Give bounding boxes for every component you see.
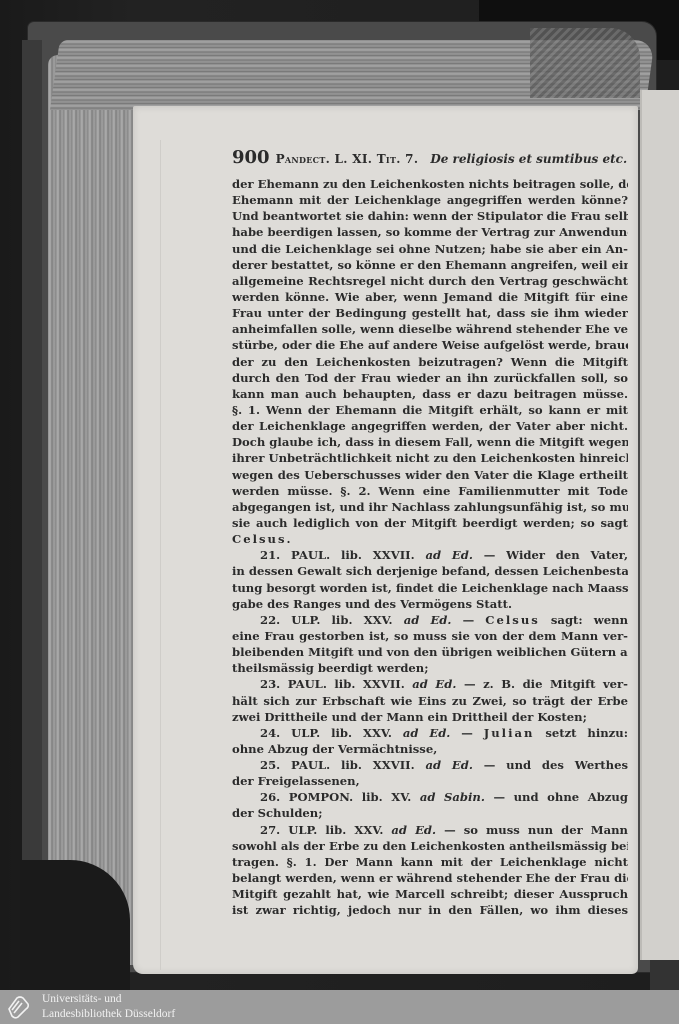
fragment-heading-line: 22. ULP. lib. XXV. ad Ed. — Celsus sagt:… — [232, 612, 628, 628]
text-line: habe beerdigen lassen, so komme der Vert… — [232, 224, 628, 240]
fragment-author: ULP. — [291, 726, 320, 740]
text-line: sowohl als der Erbe zu den Leichenkosten… — [232, 838, 628, 854]
text-line: zwei Drittheile und der Mann ein Dritthe… — [232, 709, 628, 725]
text-line: werden könne. Wie aber, wenn Jemand die … — [232, 289, 628, 305]
text-line: der Schulden; — [232, 805, 628, 821]
fragment-dash: — — [461, 726, 473, 740]
fragment-work: ad Ed. — [391, 823, 436, 837]
fragment-text-start: sagt: wenn — [551, 613, 628, 627]
fragment-author: PAUL. — [291, 548, 330, 562]
fragment-heading-line: 21. PAUL. lib. XXVII. ad Ed. — Wider den… — [232, 547, 628, 563]
text-line: abgegangen ist, und ihr Nachlass zahlung… — [232, 499, 628, 515]
celsus-line: Celsus. — [232, 531, 628, 547]
shadow-bottom-left — [20, 860, 130, 990]
fragment-dash: — — [444, 823, 456, 837]
fragment-book: lib. XV. — [362, 790, 412, 804]
fragment-heading-line: 23. PAUL. lib. XXVII. ad Ed. — z. B. die… — [232, 676, 628, 692]
fragment-book: lib. XXV. — [325, 823, 383, 837]
fragment-number: 22. — [260, 613, 280, 627]
text-line: kann man auch behaupten, dass er dazu be… — [232, 386, 628, 402]
text-line: §. 1. Wenn der Ehemann die Mitgift erhäl… — [232, 402, 628, 418]
text-line: stürbe, oder die Ehe auf andere Weise au… — [232, 337, 628, 353]
text-line: derer bestattet, so könne er den Ehemann… — [232, 257, 628, 273]
fragment-heading-line: 25. PAUL. lib. XXVII. ad Ed. — und des W… — [232, 757, 628, 773]
facing-page-edge — [640, 90, 679, 960]
fragment-text-start: z. B. die Mitgift ver- — [483, 677, 628, 691]
text-line: ohne Abzug der Vermächtnisse, — [232, 741, 628, 757]
fragment: 26. POMPON. lib. XV. ad Sabin. — und ohn… — [232, 789, 628, 821]
text-line: und die Leichenklage sei ohne Nutzen; ha… — [232, 241, 628, 257]
fragment: 22. ULP. lib. XXV. ad Ed. — Celsus sagt:… — [232, 612, 628, 677]
fragment-author: ULP. — [291, 613, 320, 627]
text-line: ihrer Unbeträchtlichkeit nicht zu den Le… — [232, 450, 628, 466]
text-line: werden müsse. §. 2. Wenn eine Familienmu… — [232, 483, 628, 499]
running-head: 900 Pandect. L. XI. Tit. 7. De religiosi… — [232, 150, 628, 170]
text-line: der Freigelassenen, — [232, 773, 628, 789]
text-line: wegen des Ueberschusses wider den Vater … — [232, 467, 628, 483]
text-line: belangt werden, wenn er während stehende… — [232, 870, 628, 886]
fragment-work: ad Sabin. — [420, 790, 485, 804]
text-line: der Ehemann zu den Leichenkosten nichts … — [232, 176, 628, 192]
fragment-work: ad Ed. — [425, 758, 472, 772]
page-text: 900 Pandect. L. XI. Tit. 7. De religiosi… — [232, 150, 628, 918]
fragment-dash: — — [464, 677, 476, 691]
cited-jurist: Celsus — [485, 613, 540, 627]
fragment-text-start: und ohne Abzug — [514, 790, 628, 804]
text-line: eine Frau gestorben ist, so muss sie von… — [232, 628, 628, 644]
fragment-text-start: Wider den Vater, — [506, 548, 628, 562]
text-line: Ehemann mit der Leichenklage angegriffen… — [232, 192, 628, 208]
fragment: 25. PAUL. lib. XXVII. ad Ed. — und des W… — [232, 757, 628, 789]
page-stack-left-edges — [48, 55, 136, 965]
shadow-bottom-right — [650, 960, 679, 990]
library-footer: Universitäts- und Landesbibliothek Düsse… — [0, 990, 679, 1024]
fragment-number: 25. — [260, 758, 280, 772]
running-head-book-text: Pandect. L. XI. Tit. 7. — [276, 152, 419, 166]
library-name-line2: Landesbibliothek Düsseldorf — [42, 1007, 175, 1022]
text-line: der Leichenklage angegriffen werden, der… — [232, 418, 628, 434]
fragments-list: 21. PAUL. lib. XXVII. ad Ed. — Wider den… — [232, 547, 628, 918]
text-line: sie auch lediglich von der Mitgift beerd… — [232, 515, 628, 531]
fragment: 27. ULP. lib. XXV. ad Ed. — so muss nun … — [232, 822, 628, 919]
text-line: ist zwar richtig, jedoch nur in den Fäll… — [232, 902, 628, 918]
fragment-dash: — — [493, 790, 505, 804]
fragment: 21. PAUL. lib. XXVII. ad Ed. — Wider den… — [232, 547, 628, 612]
fragment-text-start: so muss nun der Mann — [464, 823, 628, 837]
fragment: 24. ULP. lib. XXV. ad Ed. — Julian setzt… — [232, 725, 628, 757]
text-line: theilsmässig beerdigt werden; — [232, 660, 628, 676]
fragment-heading-line: 24. ULP. lib. XXV. ad Ed. — Julian setzt… — [232, 725, 628, 741]
text-line: Frau unter der Bedingung gestellt hat, d… — [232, 305, 628, 321]
fragment-author: POMPON. — [289, 790, 353, 804]
text-line: bleibenden Mitgift und von den übrigen w… — [232, 644, 628, 660]
text-line: tung besorgt worden ist, findet die Leic… — [232, 580, 628, 596]
cited-jurist: Julian — [484, 726, 535, 740]
fragment-book: lib. XXVII. — [341, 758, 415, 772]
fragment-author: PAUL. — [291, 758, 330, 772]
continuation-paragraph: der Ehemann zu den Leichenkosten nichts … — [232, 176, 628, 531]
fragment: 23. PAUL. lib. XXVII. ad Ed. — z. B. die… — [232, 676, 628, 724]
headband — [530, 28, 640, 98]
fragment-dash: — — [463, 613, 475, 627]
library-name-line1: Universitäts- und — [42, 992, 175, 1007]
fragment-book: lib. XXV. — [331, 726, 392, 740]
text-line: Und beantwortet sie dahin: wenn der Stip… — [232, 208, 628, 224]
text-line: der zu den Leichenkosten beizutragen? We… — [232, 354, 628, 370]
fragment-number: 26. — [260, 790, 280, 804]
fragment-heading-line: 26. POMPON. lib. XV. ad Sabin. — und ohn… — [232, 789, 628, 805]
book-logo-icon — [0, 990, 36, 1024]
text-line: Mitgift gezahlt hat, wie Marcell schreib… — [232, 886, 628, 902]
fragment-number: 27. — [260, 823, 280, 837]
fragment-work: ad Ed. — [404, 613, 452, 627]
fragment-text-start: und des Werthes — [506, 758, 628, 772]
text-line: durch den Tod der Frau wieder an ihn zur… — [232, 370, 628, 386]
text-line: anheimfallen solle, wenn dieselbe währen… — [232, 321, 628, 337]
fragment-work: ad Ed. — [425, 548, 472, 562]
text-line: Doch glaube ich, dass in diesem Fall, we… — [232, 434, 628, 450]
fragment-author: PAUL. — [288, 677, 327, 691]
fragment-work: ad Ed. — [412, 677, 456, 691]
fragment-work: ad Ed. — [403, 726, 451, 740]
text-line: gabe des Ranges und des Vermögens Statt. — [232, 596, 628, 612]
fragment-author: ULP. — [288, 823, 317, 837]
library-name: Universitäts- und Landesbibliothek Düsse… — [42, 992, 175, 1022]
text-line: in dessen Gewalt sich derjenige befand, … — [232, 563, 628, 579]
fragment-dash: — — [484, 548, 496, 562]
fragment-book: lib. XXVII. — [334, 677, 404, 691]
running-head-book: Pandect. L. XI. Tit. 7. — [276, 151, 419, 167]
fragment-book: lib. XXV. — [332, 613, 393, 627]
text-line: tragen. §. 1. Der Mann kann mit der Leic… — [232, 854, 628, 870]
fragment-book: lib. XXVII. — [341, 548, 415, 562]
fragment-number: 23. — [260, 677, 280, 691]
page-number: 900 — [232, 150, 270, 166]
fragment-heading-line: 27. ULP. lib. XXV. ad Ed. — so muss nun … — [232, 822, 628, 838]
page-fold-line — [160, 140, 161, 970]
text-line: hält sich zur Erbschaft wie Eins zu Zwei… — [232, 693, 628, 709]
fragment-dash: — — [484, 758, 496, 772]
fragment-number: 21. — [260, 548, 280, 562]
book-spine-edge — [22, 40, 42, 870]
fragment-number: 24. — [260, 726, 280, 740]
text-line: allgemeine Rechtsregel nicht durch den V… — [232, 273, 628, 289]
fragment-text-start: setzt hinzu: — [545, 726, 628, 740]
running-head-title: De religiosis et sumtibus etc. — [430, 151, 627, 167]
